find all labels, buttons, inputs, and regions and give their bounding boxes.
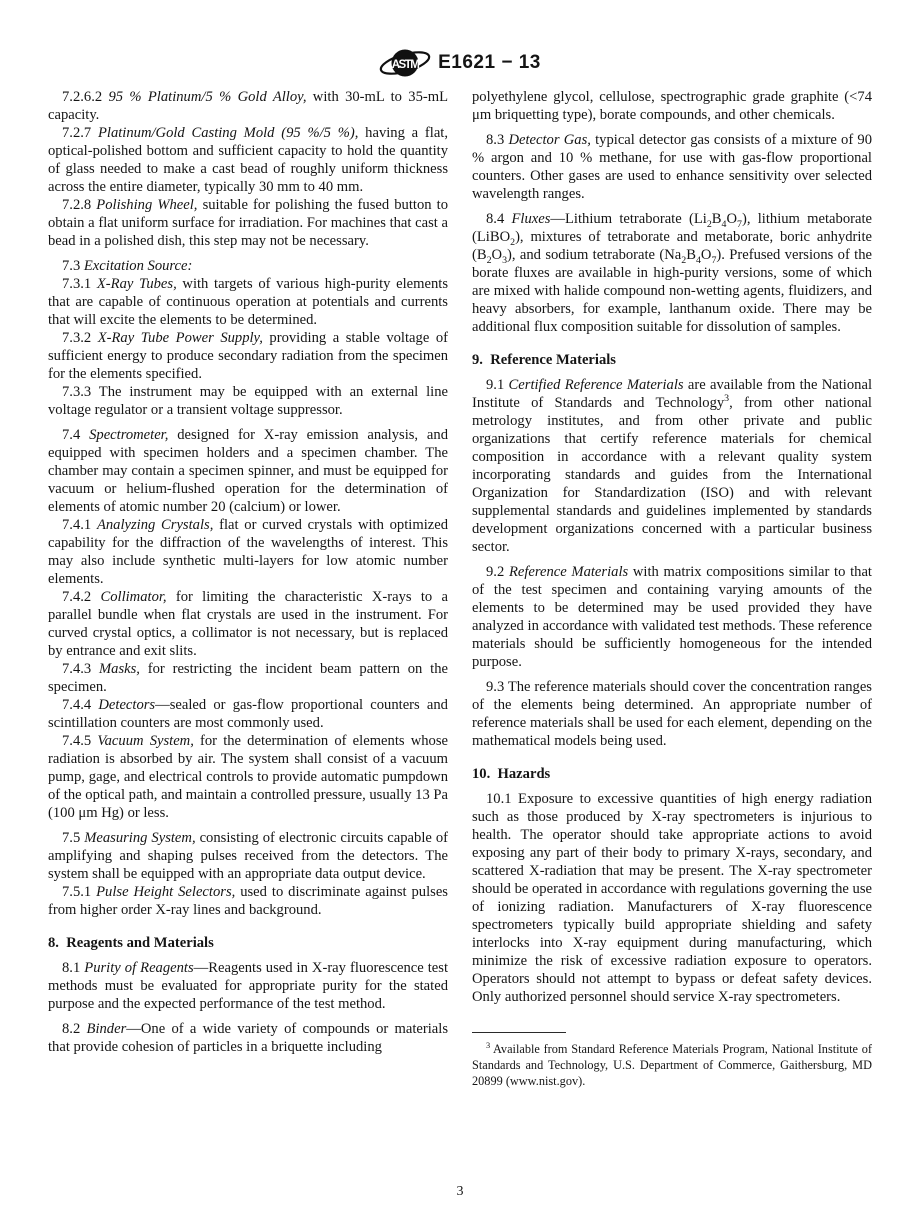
- section-heading: 9. Reference Materials: [472, 351, 872, 369]
- text-run: Detectors: [98, 697, 155, 713]
- text-run: Collimator,: [100, 589, 166, 605]
- text-run: Platinum/Gold Casting Mold (95 %/5 %),: [98, 125, 358, 141]
- text-run: 7.4.5: [62, 733, 97, 749]
- text-columns: 7.2.6.2 95 % Platinum/5 % Gold Alloy, wi…: [48, 88, 872, 1089]
- paragraph: polyethylene glycol, cellulose, spectrog…: [472, 88, 872, 124]
- paragraph: 8.2 Binder—One of a wide variety of comp…: [48, 1020, 448, 1056]
- section-heading: 8. Reagents and Materials: [48, 934, 448, 952]
- text-run: 9.3 The reference materials should cover…: [472, 679, 872, 749]
- paragraph: 7.2.6.2 95 % Platinum/5 % Gold Alloy, wi…: [48, 88, 448, 124]
- text-run: 7.5.1: [62, 884, 96, 900]
- text-run: X-Ray Tube Power Supply,: [98, 330, 263, 346]
- paragraph: 7.3.2 X-Ray Tube Power Supply, providing…: [48, 329, 448, 383]
- footnote-rule: [472, 1032, 566, 1033]
- text-run: 8.1: [62, 960, 84, 976]
- text-run: 7.2.7: [62, 125, 98, 141]
- text-run: Measuring System,: [84, 830, 195, 846]
- page-number: 3: [0, 1184, 920, 1200]
- text-run: Spectrometer,: [89, 427, 168, 443]
- text-run: Detector Gas,: [508, 132, 590, 148]
- text-run: O: [492, 247, 503, 263]
- text-run: 9.2: [486, 564, 509, 580]
- text-run: 7.2.6.2: [62, 89, 108, 105]
- paragraph: 9.3 The reference materials should cover…: [472, 678, 872, 750]
- paragraph: 7.5 Measuring System, consisting of elec…: [48, 829, 448, 883]
- text-run: 8.4: [486, 211, 512, 227]
- astm-logo-icon: ASTM: [379, 44, 431, 82]
- text-run: Pulse Height Selectors,: [96, 884, 235, 900]
- text-run: Available from Standard Reference Materi…: [472, 1042, 872, 1088]
- document-page: ASTM E1621 − 13 7.2.6.2 95 % Platinum/5 …: [0, 0, 920, 1232]
- text-run: Reference Materials: [509, 564, 628, 580]
- paragraph: 9.2 Reference Materials with matrix comp…: [472, 563, 872, 671]
- paragraph: 7.3 Excitation Source:: [48, 257, 448, 275]
- text-run: O: [726, 211, 737, 227]
- text-run: 7.4.3: [62, 661, 99, 677]
- paragraph: 7.4.5 Vacuum System, for the determinati…: [48, 732, 448, 822]
- text-run: O: [701, 247, 712, 263]
- text-run: 10.1 Exposure to excessive quantities of…: [472, 791, 872, 1005]
- document-header: ASTM E1621 − 13: [0, 44, 920, 82]
- paragraph: 7.4 Spectrometer, designed for X-ray emi…: [48, 426, 448, 516]
- footnote-text: 3 Available from Standard Reference Mate…: [472, 1041, 872, 1089]
- text-run: 7.3.2: [62, 330, 98, 346]
- text-run: 95 % Platinum/5 % Gold Alloy,: [108, 89, 306, 105]
- section-heading: 10. Hazards: [472, 765, 872, 783]
- text-run: 10. Hazards: [472, 766, 550, 782]
- text-run: , from other national metrology institut…: [472, 395, 872, 555]
- text-run: 7.3.1: [62, 276, 97, 292]
- text-run: B: [712, 211, 722, 227]
- text-run: 7.4: [62, 427, 89, 443]
- text-run: Binder: [87, 1021, 127, 1037]
- paragraph: 7.4.4 Detectors—sealed or gas-flow propo…: [48, 696, 448, 732]
- text-run: 8.2: [62, 1021, 87, 1037]
- text-run: Analyzing Crystals,: [97, 517, 213, 533]
- svg-text:ASTM: ASTM: [392, 59, 420, 71]
- paragraph: 8.3 Detector Gas, typical detector gas c…: [472, 131, 872, 203]
- paragraph: 7.2.8 Polishing Wheel, suitable for poli…: [48, 196, 448, 250]
- text-run: Polishing Wheel,: [96, 197, 197, 213]
- text-run: 7.5: [62, 830, 84, 846]
- text-run: 7.3.3 The instrument may be equipped wit…: [48, 384, 448, 418]
- paragraph: 7.4.2 Collimator, for limiting the chara…: [48, 588, 448, 660]
- text-run: X-Ray Tubes,: [97, 276, 177, 292]
- footnote-block: 3 Available from Standard Reference Mate…: [472, 1032, 872, 1089]
- text-run: Fluxes: [512, 211, 551, 227]
- text-run: Purity of Reagents: [84, 960, 193, 976]
- text-run: —Lithium tetraborate (Li: [550, 211, 706, 227]
- paragraph: 8.4 Fluxes—Lithium tetraborate (Li2B4O7)…: [472, 210, 872, 336]
- text-run: Vacuum System,: [97, 733, 194, 749]
- text-run: 8.3: [486, 132, 508, 148]
- paragraph: 8.1 Purity of Reagents—Reagents used in …: [48, 959, 448, 1013]
- paragraph: 9.1 Certified Reference Materials are av…: [472, 376, 872, 556]
- text-run: 9.1: [486, 377, 509, 393]
- text-run: 7.4.4: [62, 697, 98, 713]
- left-column: 7.2.6.2 95 % Platinum/5 % Gold Alloy, wi…: [48, 88, 448, 1089]
- document-title: E1621 − 13: [438, 52, 541, 74]
- paragraph: 7.4.3 Masks, for restricting the inciden…: [48, 660, 448, 696]
- paragraph: 10.1 Exposure to excessive quantities of…: [472, 790, 872, 1006]
- paragraph: 7.4.1 Analyzing Crystals, flat or curved…: [48, 516, 448, 588]
- paragraph: 7.5.1 Pulse Height Selectors, used to di…: [48, 883, 448, 919]
- text-run: B: [686, 247, 696, 263]
- paragraph: 7.3.1 X-Ray Tubes, with targets of vario…: [48, 275, 448, 329]
- text-run: 7.4.2: [62, 589, 100, 605]
- paragraph: 7.2.7 Platinum/Gold Casting Mold (95 %/5…: [48, 124, 448, 196]
- text-run: ), and sodium tetraborate (Na: [507, 247, 681, 263]
- right-column: polyethylene glycol, cellulose, spectrog…: [472, 88, 872, 1089]
- text-run: 7.2.8: [62, 197, 96, 213]
- text-run: 9. Reference Materials: [472, 352, 616, 368]
- text-run: polyethylene glycol, cellulose, spectrog…: [472, 89, 872, 123]
- paragraph: 7.3.3 The instrument may be equipped wit…: [48, 383, 448, 419]
- text-run: Certified Reference Materials: [509, 377, 684, 393]
- text-run: 7.4.1: [62, 517, 97, 533]
- text-run: Excitation Source:: [84, 258, 192, 274]
- text-run: 3: [486, 1041, 493, 1050]
- text-run: 7.3: [62, 258, 84, 274]
- text-run: Masks,: [99, 661, 140, 677]
- text-run: 8. Reagents and Materials: [48, 935, 214, 951]
